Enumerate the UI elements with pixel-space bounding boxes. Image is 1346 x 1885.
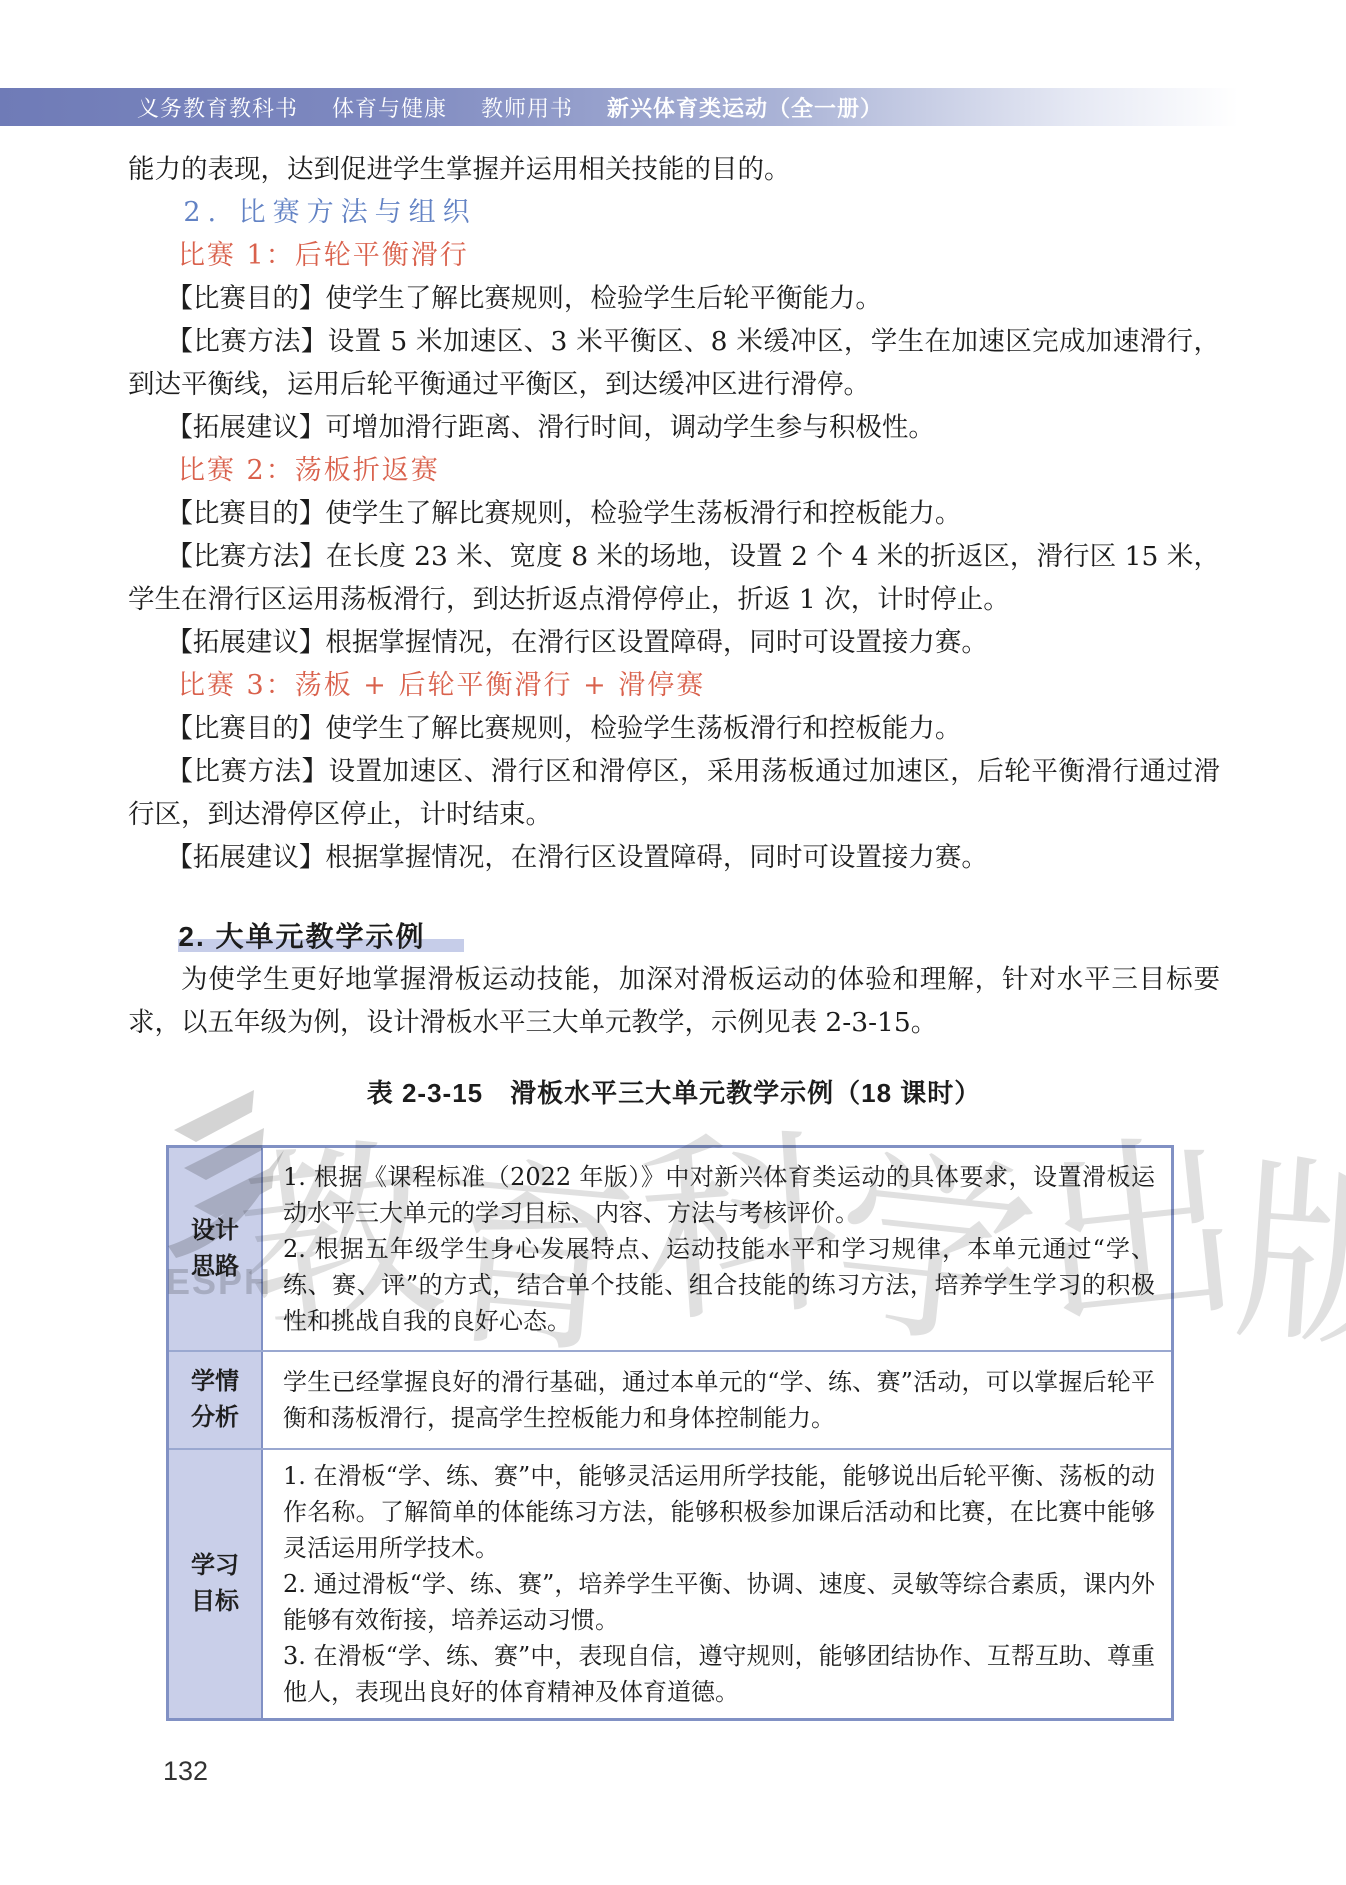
table-row-label-learner-analysis: 学情 分析 bbox=[169, 1352, 263, 1448]
header-segment-series: 义务教育教科书 bbox=[137, 92, 298, 123]
section-heading-competition-methods: 2. 比赛方法与组织 bbox=[128, 191, 1220, 234]
competition-2-title: 比赛 2：荡板折返赛 bbox=[128, 449, 1220, 492]
header-book-title: 新兴体育类运动（全一册） bbox=[607, 92, 883, 123]
table-cell-learning-goals-text: 1. 在滑板“学、练、赛”中，能够灵活运用所学技能，能够说出后轮平衡、荡板的动作… bbox=[283, 1458, 1155, 1710]
page-header-band: 义务教育教科书 体育与健康 教师用书 新兴体育类运动（全一册） bbox=[0, 88, 1346, 126]
page-number: 132 bbox=[163, 1756, 208, 1787]
competition-3-purpose: 【比赛目的】使学生了解比赛规则，检验学生荡板滑行和控板能力。 bbox=[128, 707, 1220, 750]
unit-plan-table: 设计 思路 1. 根据《课程标准（2022 年版）》中对新兴体育类运动的具体要求… bbox=[166, 1145, 1174, 1721]
table-row-learner-analysis: 学情 分析 学生已经掌握良好的滑行基础，通过本单元的“学、练、赛”活动，可以掌握… bbox=[169, 1352, 1171, 1450]
competition-3-title: 比赛 3：荡板 + 后轮平衡滑行 + 滑停赛 bbox=[128, 664, 1220, 707]
section-heading-highlight: 2. 大单元教学示例 bbox=[178, 921, 463, 952]
competition-2-purpose: 【比赛目的】使学生了解比赛规则，检验学生荡板滑行和控板能力。 bbox=[128, 492, 1220, 535]
unit-example-intro-paragraph: 为使学生更好地掌握滑板运动技能，加深对滑板运动的体验和理解，针对水平三目标要求，… bbox=[128, 958, 1220, 1044]
table-cell-learning-goals: 1. 在滑板“学、练、赛”中，能够灵活运用所学技能，能够说出后轮平衡、荡板的动作… bbox=[263, 1450, 1171, 1718]
intro-paragraph: 能力的表现，达到促进学生掌握并运用相关技能的目的。 bbox=[128, 148, 1220, 191]
table-cell-design-idea: 1. 根据《课程标准（2022 年版）》中对新兴体育类运动的具体要求，设置滑板运… bbox=[263, 1148, 1171, 1350]
book-page: 义务教育教科书 体育与健康 教师用书 新兴体育类运动（全一册） 能力的表现，达到… bbox=[0, 0, 1346, 1885]
table-row-design-idea: 设计 思路 1. 根据《课程标准（2022 年版）》中对新兴体育类运动的具体要求… bbox=[169, 1148, 1171, 1352]
competition-1-title: 比赛 1：后轮平衡滑行 bbox=[128, 234, 1220, 277]
table-row-learning-goals: 学习 目标 1. 在滑板“学、练、赛”中，能够灵活运用所学技能，能够说出后轮平衡… bbox=[169, 1450, 1171, 1718]
table-caption: 表 2-3-15 滑板水平三大单元教学示例（18 课时） bbox=[128, 1072, 1220, 1115]
main-content: 能力的表现，达到促进学生掌握并运用相关技能的目的。 2. 比赛方法与组织 比赛 … bbox=[128, 148, 1220, 1115]
competition-1-suggestion: 【拓展建议】可增加滑行距离、滑行时间，调动学生参与积极性。 bbox=[128, 406, 1220, 449]
competition-2-suggestion: 【拓展建议】根据掌握情况，在滑行区设置障碍，同时可设置接力赛。 bbox=[128, 621, 1220, 664]
competition-1-purpose: 【比赛目的】使学生了解比赛规则，检验学生后轮平衡能力。 bbox=[128, 277, 1220, 320]
table-cell-learner-analysis: 学生已经掌握良好的滑行基础，通过本单元的“学、练、赛”活动，可以掌握后轮平衡和荡… bbox=[263, 1352, 1171, 1448]
table-cell-design-idea-text: 1. 根据《课程标准（2022 年版）》中对新兴体育类运动的具体要求，设置滑板运… bbox=[283, 1159, 1155, 1339]
competition-3-method: 【比赛方法】设置加速区、滑行区和滑停区，采用荡板通过加速区，后轮平衡滑行通过滑行… bbox=[128, 750, 1220, 836]
table-row-label-design-idea: 设计 思路 bbox=[169, 1148, 263, 1350]
table-row-label-learning-goals: 学习 目标 bbox=[169, 1450, 263, 1718]
competition-3-suggestion: 【拓展建议】根据掌握情况，在滑行区设置障碍，同时可设置接力赛。 bbox=[128, 836, 1220, 879]
header-segment-subject: 体育与健康 bbox=[332, 92, 447, 123]
competition-2-method: 【比赛方法】在长度 23 米、宽度 8 米的场地，设置 2 个 4 米的折返区，… bbox=[128, 535, 1220, 621]
header-segment-teacher-book: 教师用书 bbox=[481, 92, 573, 123]
watermark-char: 版 bbox=[1229, 1151, 1346, 1364]
competition-1-method: 【比赛方法】设置 5 米加速区、3 米平衡区、8 米缓冲区，学生在加速区完成加速… bbox=[128, 320, 1220, 406]
section-heading-unit-example: 2. 大单元教学示例 bbox=[128, 915, 1220, 958]
table-cell-learner-analysis-text: 学生已经掌握良好的滑行基础，通过本单元的“学、练、赛”活动，可以掌握后轮平衡和荡… bbox=[283, 1364, 1155, 1436]
